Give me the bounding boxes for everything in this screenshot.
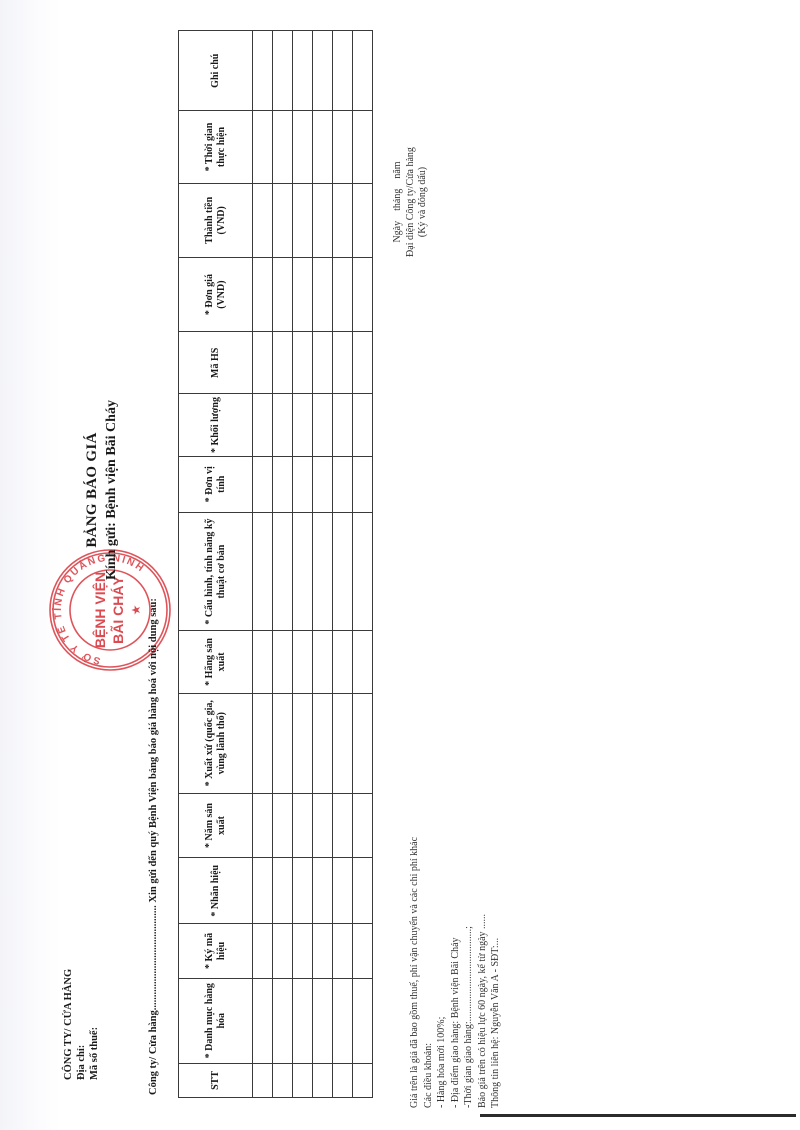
table-cell[interactable] <box>273 693 293 793</box>
table-cell[interactable] <box>353 183 373 257</box>
table-row <box>333 31 353 1098</box>
table-cell[interactable] <box>273 183 293 257</box>
header-stt: STT <box>179 1063 253 1097</box>
table-cell[interactable] <box>293 394 313 456</box>
table-cell[interactable] <box>273 31 293 111</box>
table-cell[interactable] <box>273 978 293 1063</box>
table-cell[interactable] <box>293 183 313 257</box>
table-cell[interactable] <box>313 456 333 512</box>
header-unit-price: * Đơn giá (VND) <box>179 257 253 331</box>
header-model-code: * Ký mã hiệu <box>179 924 253 978</box>
table-cell[interactable] <box>313 793 333 857</box>
header-quantity: * Khối lượng <box>179 394 253 456</box>
table-cell[interactable] <box>353 1063 373 1097</box>
signature-representative: Đại diện Công ty/Cửa hàng <box>405 132 418 272</box>
table-cell[interactable] <box>253 1063 273 1097</box>
table-row <box>313 31 333 1098</box>
note-terms-heading: Các điều khoản: <box>422 837 436 1108</box>
table-cell[interactable] <box>293 512 313 630</box>
table-cell[interactable] <box>333 978 353 1063</box>
note-validity: Báo giá trên có hiệu lực 60 ngày, kể từ … <box>476 837 490 1108</box>
header-origin: * Xuất xứ (quốc gia, vùng lãnh thổ) <box>179 693 253 793</box>
table-cell[interactable] <box>253 31 273 111</box>
table-cell[interactable] <box>313 924 333 978</box>
table-cell[interactable] <box>333 793 353 857</box>
table-cell[interactable] <box>293 31 313 111</box>
table-cell[interactable] <box>313 183 333 257</box>
quotation-table: STT * Danh mục hàng hóa * Ký mã hiệu * N… <box>178 30 373 1098</box>
header-unit: * Đơn vị tính <box>179 456 253 512</box>
signature-date-line: Ngày tháng năm <box>392 132 405 272</box>
table-cell[interactable] <box>333 693 353 793</box>
note-new-goods: - Hàng hóa mới 100%; <box>435 837 449 1108</box>
table-cell[interactable] <box>273 257 293 331</box>
table-cell[interactable] <box>333 631 353 693</box>
table-cell[interactable] <box>273 1063 293 1097</box>
table-cell[interactable] <box>253 111 273 183</box>
header-brand: * Nhãn hiệu <box>179 858 253 924</box>
table-cell[interactable] <box>273 111 293 183</box>
company-tax-code-label: Mã số thuế: <box>88 969 101 1080</box>
table-cell[interactable] <box>313 693 333 793</box>
table-cell[interactable] <box>273 332 293 394</box>
table-cell[interactable] <box>313 111 333 183</box>
table-cell[interactable] <box>353 257 373 331</box>
table-cell[interactable] <box>253 693 273 793</box>
table-row <box>273 31 293 1098</box>
stamp-star-icon: ★ <box>129 605 143 616</box>
header-total-amount: Thành tiền (VND) <box>179 183 253 257</box>
table-cell[interactable] <box>293 631 313 693</box>
table-row <box>293 31 313 1098</box>
header-item-name: * Danh mục hàng hóa <box>179 978 253 1063</box>
greeting-line: Kính gửi: Bệnh viện Bãi Cháy <box>104 380 120 600</box>
table-cell[interactable] <box>253 456 273 512</box>
table-cell[interactable] <box>353 631 373 693</box>
note-price-inclusion: Giá trên là giá đã bao gồm thuế, phí vận… <box>408 837 422 1108</box>
table-cell[interactable] <box>353 456 373 512</box>
table-cell[interactable] <box>313 978 333 1063</box>
table-cell[interactable] <box>253 978 273 1063</box>
table-cell[interactable] <box>293 793 313 857</box>
header-specifications: * Cấu hình, tính năng kỹ thuật cơ bản <box>179 512 253 630</box>
quotation-page: CÔNG TY/ CỬA HÀNG Địa chỉ: Mã số thuế: S… <box>0 0 800 1130</box>
table-cell[interactable] <box>313 858 333 924</box>
header-notes: Ghi chú <box>179 31 253 111</box>
table-cell[interactable] <box>253 631 273 693</box>
table-cell[interactable] <box>333 332 353 394</box>
table-cell[interactable] <box>253 183 273 257</box>
note-delivery-time: -Thời gian giao hàng:...................… <box>462 837 476 1108</box>
table-cell[interactable] <box>253 394 273 456</box>
table-cell[interactable] <box>313 31 333 111</box>
table-cell[interactable] <box>333 456 353 512</box>
header-hs-code: Mã HS <box>179 332 253 394</box>
note-contact: Thông tin liên hệ: Nguyễn Văn A - SĐT:..… <box>489 837 503 1108</box>
table-cell[interactable] <box>333 257 353 331</box>
terms-notes: Giá trên là giá đã bao gồm thuế, phí vận… <box>408 837 503 1108</box>
signature-block: Ngày tháng năm Đại diện Công ty/Cửa hàng… <box>392 132 430 272</box>
table-cell[interactable] <box>353 693 373 793</box>
table-cell[interactable] <box>253 858 273 924</box>
table-cell[interactable] <box>253 793 273 857</box>
table-header-row: STT * Danh mục hàng hóa * Ký mã hiệu * N… <box>179 31 253 1098</box>
intro-line: Công ty/ Cửa hàng.......................… <box>148 598 159 1095</box>
table-cell[interactable] <box>273 631 293 693</box>
table-cell[interactable] <box>273 793 293 857</box>
table-cell[interactable] <box>253 512 273 630</box>
table-row <box>253 31 273 1098</box>
table-cell[interactable] <box>293 924 313 978</box>
header-manufacturer: * Hãng sản xuất <box>179 631 253 693</box>
table-cell[interactable] <box>293 332 313 394</box>
table-cell[interactable] <box>353 31 373 111</box>
table-cell[interactable] <box>313 1063 333 1097</box>
table-cell[interactable] <box>333 394 353 456</box>
table-cell[interactable] <box>333 183 353 257</box>
table-cell[interactable] <box>293 858 313 924</box>
table-cell[interactable] <box>333 111 353 183</box>
table-cell[interactable] <box>273 456 293 512</box>
company-name-label: CÔNG TY/ CỬA HÀNG <box>62 969 75 1080</box>
table-cell[interactable] <box>293 978 313 1063</box>
table-cell[interactable] <box>273 858 293 924</box>
table-cell[interactable] <box>353 512 373 630</box>
table-cell[interactable] <box>333 924 353 978</box>
table-cell[interactable] <box>353 332 373 394</box>
table-cell[interactable] <box>333 858 353 924</box>
table-cell[interactable] <box>313 394 333 456</box>
table-cell[interactable] <box>293 1063 313 1097</box>
company-address-label: Địa chỉ: <box>75 969 88 1080</box>
table-cell[interactable] <box>253 257 273 331</box>
table-cell[interactable] <box>353 978 373 1063</box>
table-cell[interactable] <box>293 257 313 331</box>
table-row <box>353 31 373 1098</box>
header-delivery-time: * Thời gian thực hiện <box>179 111 253 183</box>
table-cell[interactable] <box>293 111 313 183</box>
signature-instruction: (Ký và đóng dấu) <box>417 132 430 272</box>
document-title: BẢNG BÁO GIÁ <box>84 390 101 590</box>
table-body <box>253 31 373 1098</box>
header-manufacture-year: * Năm sản xuất <box>179 793 253 857</box>
table-cell[interactable] <box>313 257 333 331</box>
table-cell[interactable] <box>353 793 373 857</box>
table-cell[interactable] <box>293 456 313 512</box>
table-cell[interactable] <box>333 512 353 630</box>
table-cell[interactable] <box>313 512 333 630</box>
table-cell[interactable] <box>333 31 353 111</box>
table-cell[interactable] <box>253 924 273 978</box>
table-cell[interactable] <box>313 332 333 394</box>
table-cell[interactable] <box>353 924 373 978</box>
table-cell[interactable] <box>313 631 333 693</box>
note-delivery-location: - Địa điểm giao hàng: Bệnh viện Bãi Cháy <box>449 837 463 1108</box>
table-cell[interactable] <box>293 693 313 793</box>
table-cell[interactable] <box>353 394 373 456</box>
table-cell[interactable] <box>253 332 273 394</box>
table-cell[interactable] <box>353 858 373 924</box>
table-cell[interactable] <box>273 924 293 978</box>
company-header: CÔNG TY/ CỬA HÀNG Địa chỉ: Mã số thuế: <box>62 969 101 1080</box>
table-cell[interactable] <box>273 394 293 456</box>
table-cell[interactable] <box>333 1063 353 1097</box>
table-cell[interactable] <box>353 111 373 183</box>
table-cell[interactable] <box>273 512 293 630</box>
